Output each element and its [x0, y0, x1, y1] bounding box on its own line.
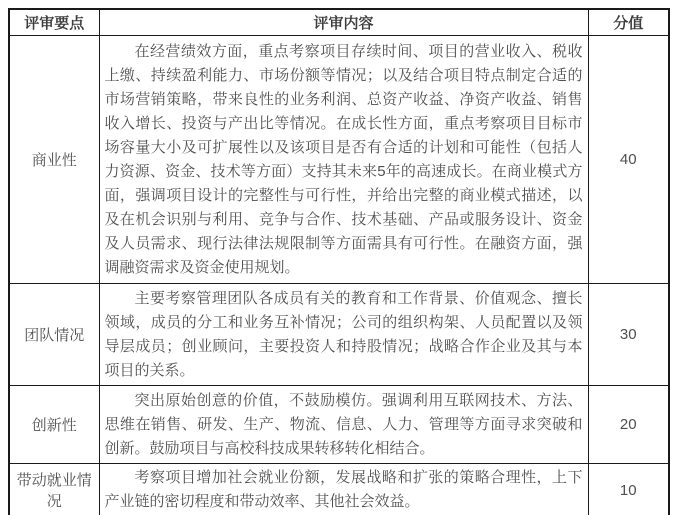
score-cell: 10 — [588, 464, 669, 515]
criterion-content-cell: 在经营绩效方面，重点考察项目存续时间、项目的营业收入、税收上缴、持续盈利能力、市… — [99, 36, 588, 284]
criterion-label-cell: 带动就业情况 — [9, 464, 99, 515]
criterion-content-text: 考察项目增加社会就业份额，发展战略和扩张的策略合理性，上下产业链的密切程度和带动… — [105, 466, 583, 514]
document-page: 评审要点 评审内容 分值 商业性 在经营绩效方面，重点考察项目存续时间、项目的营… — [0, 0, 676, 515]
header-score: 分值 — [588, 9, 669, 36]
criterion-content-text: 主要考察管理团队各成员有关的教育和工作背景、价值观念、擅长领域，成员的分工和业务… — [105, 287, 583, 383]
review-criteria-table: 评审要点 评审内容 分值 商业性 在经营绩效方面，重点考察项目存续时间、项目的营… — [8, 8, 670, 515]
criterion-content-cell: 主要考察管理团队各成员有关的教育和工作背景、价值观念、擅长领域，成员的分工和业务… — [99, 284, 588, 386]
score-cell: 30 — [588, 284, 669, 386]
criterion-content-text: 突出原始创意的价值，不鼓励模仿。强调利用互联网技术、方法、思维在销售、研发、生产… — [105, 389, 583, 461]
table-row: 创新性 突出原始创意的价值，不鼓励模仿。强调利用互联网技术、方法、思维在销售、研… — [9, 386, 669, 464]
score-cell: 20 — [588, 386, 669, 464]
header-review-content: 评审内容 — [99, 9, 588, 36]
header-review-point: 评审要点 — [9, 9, 99, 36]
criterion-label-cell: 创新性 — [9, 386, 99, 464]
table-row: 带动就业情况 考察项目增加社会就业份额，发展战略和扩张的策略合理性，上下产业链的… — [9, 464, 669, 515]
criterion-content-cell: 突出原始创意的价值，不鼓励模仿。强调利用互联网技术、方法、思维在销售、研发、生产… — [99, 386, 588, 464]
criterion-content-cell: 考察项目增加社会就业份额，发展战略和扩张的策略合理性，上下产业链的密切程度和带动… — [99, 464, 588, 515]
criterion-content-text: 在经营绩效方面，重点考察项目存续时间、项目的营业收入、税收上缴、持续盈利能力、市… — [105, 40, 583, 280]
criterion-label-cell: 团队情况 — [9, 284, 99, 386]
criterion-label-cell: 商业性 — [9, 36, 99, 284]
table-row: 商业性 在经营绩效方面，重点考察项目存续时间、项目的营业收入、税收上缴、持续盈利… — [9, 36, 669, 284]
table-row: 团队情况 主要考察管理团队各成员有关的教育和工作背景、价值观念、擅长领域，成员的… — [9, 284, 669, 386]
table-header-row: 评审要点 评审内容 分值 — [9, 9, 669, 36]
score-cell: 40 — [588, 36, 669, 284]
